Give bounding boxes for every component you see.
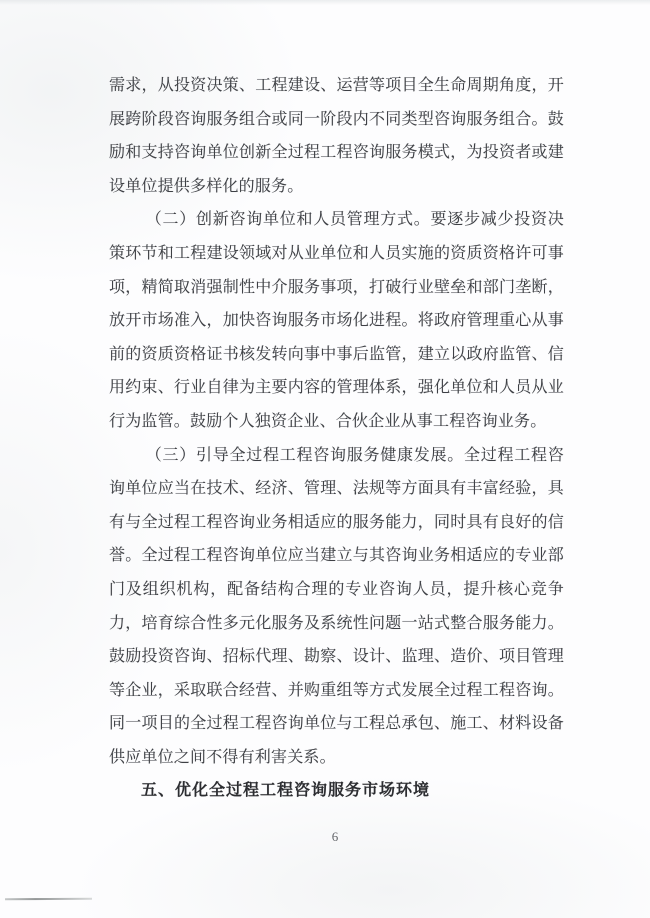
paragraph-continuation: 需求，从投资决策、工程建设、运营等项目全生命周期角度，开展跨阶段咨询服务组合或同… bbox=[109, 69, 564, 203]
paragraph-item-2: （二）创新咨询单位和人员管理方式。要逐步减少投资决策环节和工程建设领域对从业单位… bbox=[109, 203, 564, 438]
scanned-document-page: 需求，从投资决策、工程建设、运营等项目全生命周期角度，开展跨阶段咨询服务组合或同… bbox=[0, 0, 650, 918]
section-heading: 五、优化全过程工程咨询服务市场环境 bbox=[109, 774, 564, 808]
scan-artifact-line bbox=[5, 898, 92, 900]
document-body: 需求，从投资决策、工程建设、运营等项目全生命周期角度，开展跨阶段咨询服务组合或同… bbox=[109, 69, 564, 808]
paragraph-item-3: （三）引导全过程工程咨询服务健康发展。全过程工程咨询单位应当在技术、经济、管理、… bbox=[109, 439, 564, 775]
page-number: 6 bbox=[10, 829, 650, 845]
